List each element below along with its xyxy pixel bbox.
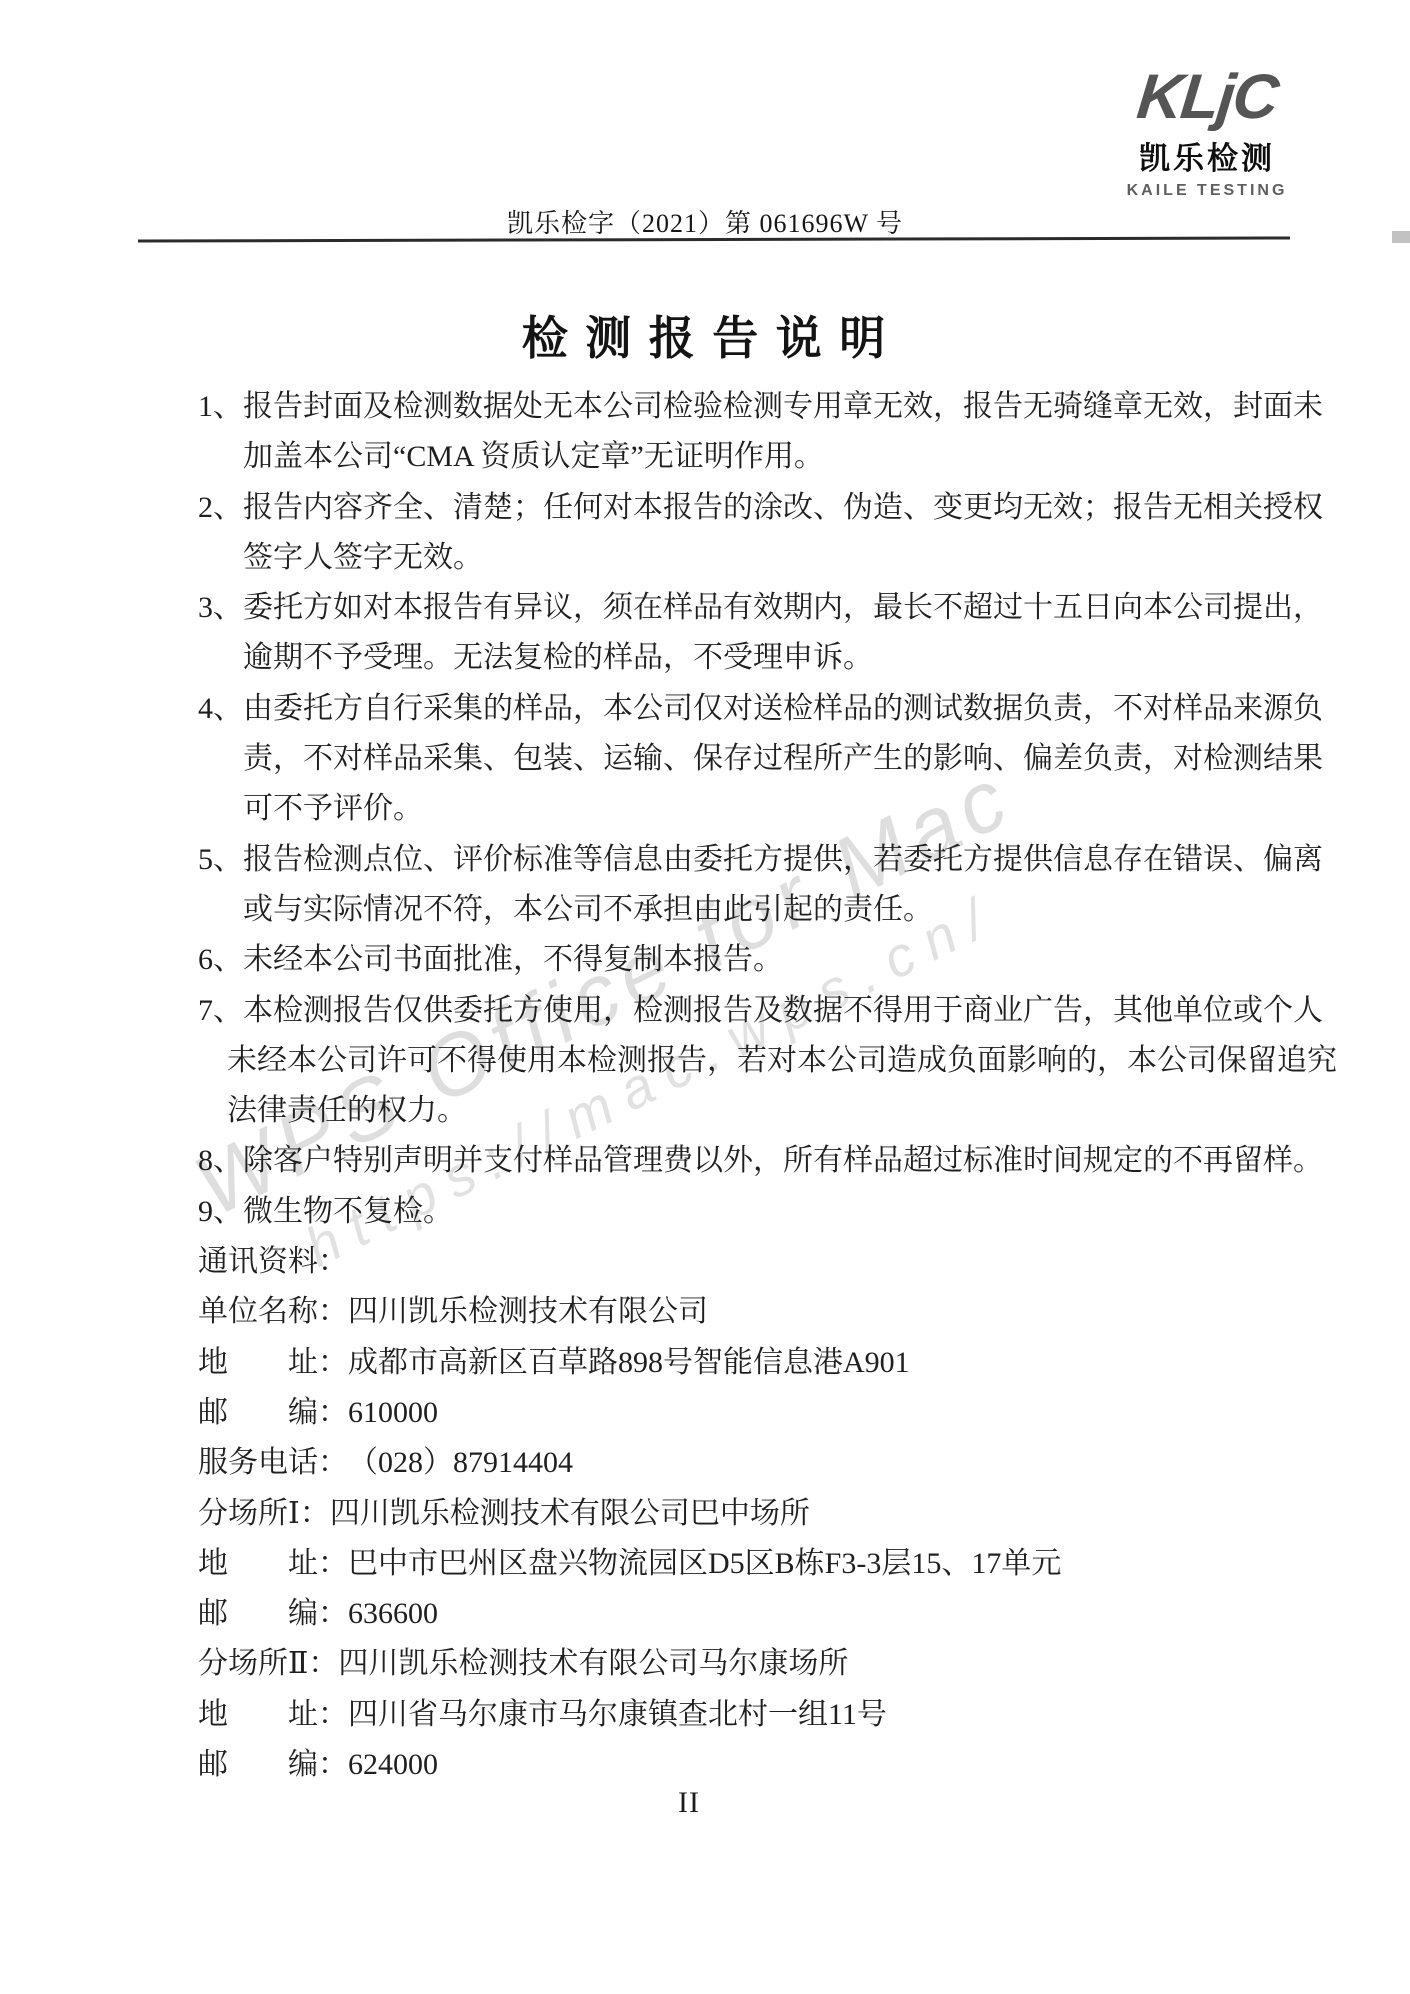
- page-number: II: [0, 1786, 1378, 1820]
- note-3-number: 3、: [198, 583, 243, 633]
- note-7-line-3: 法律责任的权力。: [198, 1086, 1328, 1136]
- note-1-line-2: 加盖本公司“CMA 资质认定章”无证明作用。: [198, 432, 1328, 482]
- contact-row-zip-3: 邮 编：624000: [198, 1740, 1328, 1790]
- note-2-line-1: 2、报告内容齐全、清楚；任何对本报告的涂改、伪造、变更均无效；报告无相关授权: [198, 483, 1328, 533]
- notes-body: 1、报告封面及检测数据处无本公司检验检测专用章无效，报告无骑缝章无效，封面未 加…: [198, 382, 1328, 1790]
- note-5-number: 5、: [198, 835, 243, 885]
- note-6-line-1: 6、未经本公司书面批准，不得复制本报告。: [198, 935, 1328, 985]
- note-6-number: 6、: [198, 935, 243, 985]
- contact-row-company: 单位名称：四川凯乐检测技术有限公司: [198, 1287, 1328, 1337]
- note-9-text: 微生物不复检。: [243, 1195, 453, 1228]
- note-1-number: 1、: [198, 382, 243, 432]
- note-7-number: 7、: [198, 986, 243, 1036]
- note-6-text: 未经本公司书面批准，不得复制本报告。: [243, 943, 783, 976]
- contact-row-address-1: 地 址：成都市高新区百草路898号智能信息港A901: [198, 1338, 1328, 1388]
- note-4-line-3: 可不予评价。: [198, 784, 1328, 834]
- contact-row-zip-2: 邮 编：636600: [198, 1589, 1328, 1639]
- note-3-line-1: 3、委托方如对本报告有异议，须在样品有效期内，最长不超过十五日向本公司提出，: [198, 583, 1328, 633]
- logo-brand-icon: KLjC: [1109, 66, 1306, 129]
- contact-row-address-2: 地 址：巴中市巴州区盘兴物流园区D5区B栋F3-3层15、17单元: [198, 1539, 1328, 1589]
- note-7-line-2: 未经本公司许可不得使用本检测报告，若对本公司造成负面影响的，本公司保留追究: [198, 1036, 1328, 1086]
- note-9-number: 9、: [198, 1187, 243, 1237]
- logo-name-cn: 凯乐检测: [1112, 143, 1302, 174]
- note-1-line-1: 1、报告封面及检测数据处无本公司检验检测专用章无效，报告无骑缝章无效，封面未: [198, 382, 1328, 432]
- note-1-text: 报告封面及检测数据处无本公司检验检测专用章无效，报告无骑缝章无效，封面未: [243, 390, 1323, 423]
- note-4-line-2: 责，不对样品采集、包装、运输、保存过程所产生的影响、偏差负责，对检测结果: [198, 734, 1328, 784]
- contact-heading: 通讯资料：: [198, 1237, 1328, 1287]
- note-3-text: 委托方如对本报告有异议，须在样品有效期内，最长不超过十五日向本公司提出，: [243, 591, 1323, 624]
- note-8-text: 除客户特别声明并支付样品管理费以外，所有样品超过标准时间规定的不再留样。: [243, 1144, 1323, 1177]
- document-number: 凯乐检字（2021）第 061696W 号: [0, 203, 1410, 240]
- contact-row-branch-2: 分场所Ⅱ：四川凯乐检测技术有限公司马尔康场所: [198, 1639, 1328, 1689]
- note-3-line-2: 逾期不予受理。无法复检的样品，不受理申诉。: [198, 633, 1328, 683]
- note-2-text: 报告内容齐全、清楚；任何对本报告的涂改、伪造、变更均无效；报告无相关授权: [243, 491, 1323, 524]
- contact-row-phone: 服务电话：（028）87914404: [198, 1438, 1328, 1488]
- contact-row-zip-1: 邮 编：610000: [198, 1388, 1328, 1438]
- note-4-line-1: 4、由委托方自行采集的样品，本公司仅对送检样品的测试数据负责，不对样品来源负: [198, 684, 1328, 734]
- kaile-testing-logo: KLjC 凯乐检测 KAILE TESTING: [1112, 66, 1302, 199]
- page-title: 检 测 报 告 说 明: [0, 302, 1410, 368]
- logo-name-en: KAILE TESTING: [1112, 183, 1302, 199]
- note-4-text: 由委托方自行采集的样品，本公司仅对送检样品的测试数据负责，不对样品来源负: [243, 692, 1323, 725]
- note-8-number: 8、: [198, 1136, 243, 1186]
- note-2-line-2: 签字人签字无效。: [198, 533, 1328, 583]
- note-4-number: 4、: [198, 684, 243, 734]
- note-2-number: 2、: [198, 483, 243, 533]
- note-5-line-1: 5、报告检测点位、评价标准等信息由委托方提供，若委托方提供信息存在错误、偏离: [198, 835, 1328, 885]
- note-9-line-1: 9、微生物不复检。: [198, 1187, 1328, 1237]
- note-7-text: 本检测报告仅供委托方使用，检测报告及数据不得用于商业广告，其他单位或个人: [243, 994, 1323, 1027]
- report-notes-page: WPS Office for Mac https://mac.wps.cn/ K…: [0, 0, 1410, 1994]
- contact-row-branch-1: 分场所Ⅰ：四川凯乐检测技术有限公司巴中场所: [198, 1489, 1328, 1539]
- contact-row-address-3: 地 址：四川省马尔康市马尔康镇查北村一组11号: [198, 1690, 1328, 1740]
- scan-edge-artifact: [1392, 231, 1410, 243]
- note-8-line-1: 8、除客户特别声明并支付样品管理费以外，所有样品超过标准时间规定的不再留样。: [198, 1136, 1328, 1186]
- note-5-text: 报告检测点位、评价标准等信息由委托方提供，若委托方提供信息存在错误、偏离: [243, 843, 1323, 876]
- note-5-line-2: 或与实际情况不符，本公司不承担由此引起的责任。: [198, 885, 1328, 935]
- note-7-line-1: 7、本检测报告仅供委托方使用，检测报告及数据不得用于商业广告，其他单位或个人: [198, 986, 1328, 1036]
